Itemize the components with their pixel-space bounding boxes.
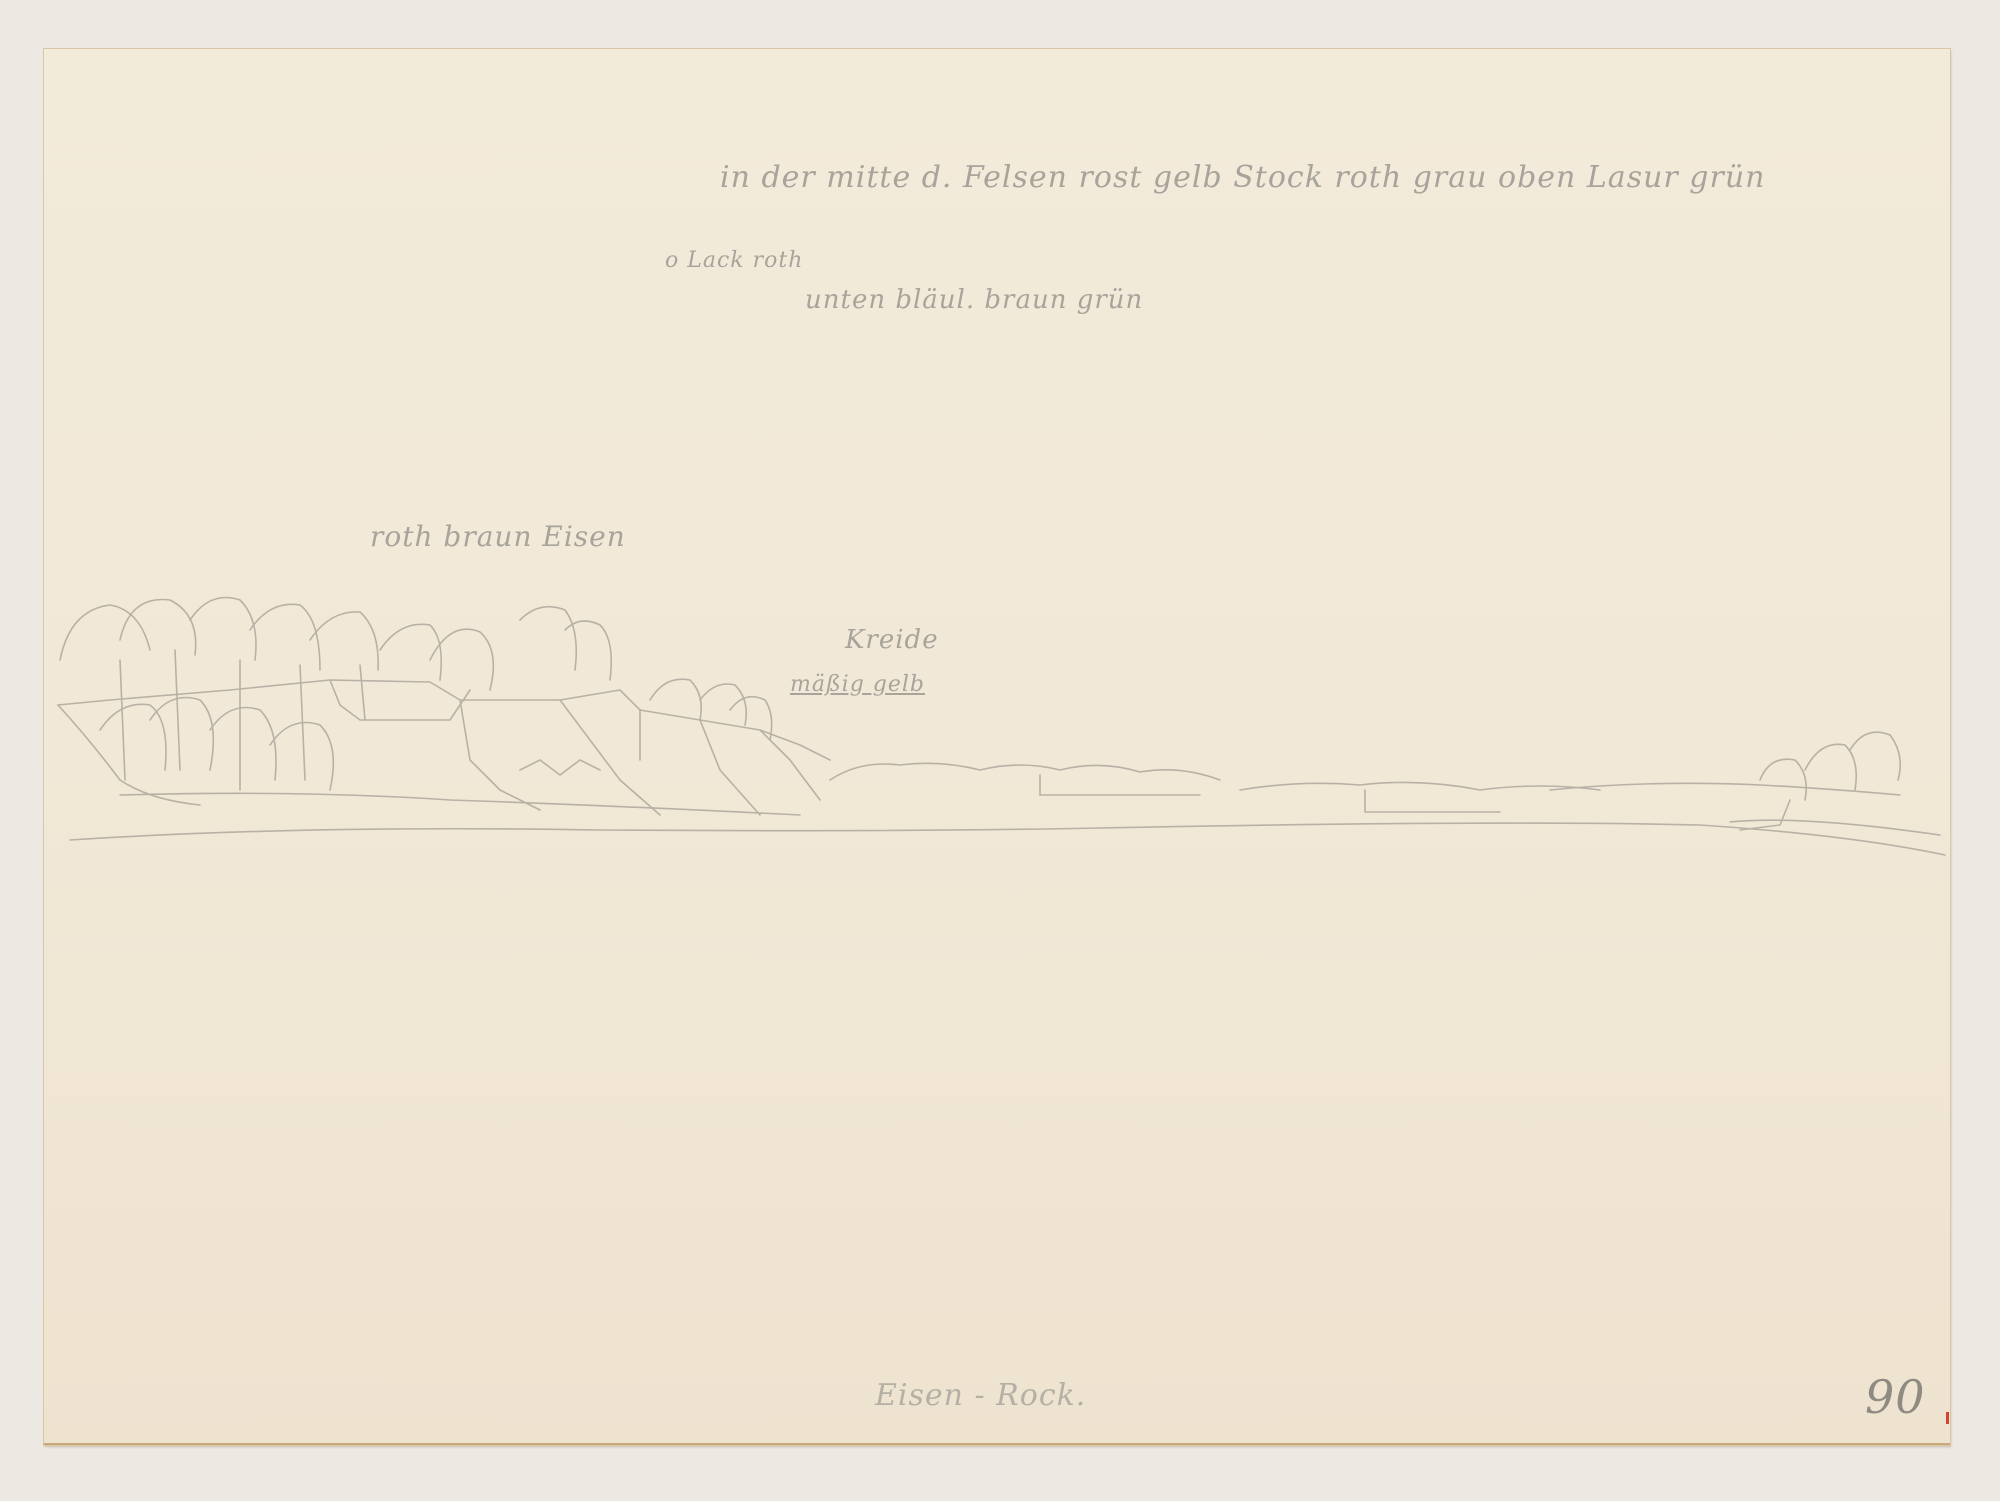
red-mark: [1946, 1412, 1949, 1424]
landscape-sketch: [0, 0, 2000, 1501]
annotation-kreide: Kreide: [845, 625, 939, 655]
annotation-gelb: mäßig gelb: [790, 672, 925, 697]
annotation-top-line: in der mitte d. Felsen rost gelb Stock r…: [720, 160, 1765, 195]
annotation-left-small: o Lack roth: [665, 248, 803, 273]
sketch-title: Eisen - Rock.: [875, 1378, 1086, 1413]
annotation-second-line: unten bläul. braun grün: [805, 285, 1143, 315]
annotation-tree-note: roth braun Eisen: [370, 520, 626, 553]
page-number: 90: [1865, 1370, 1926, 1424]
